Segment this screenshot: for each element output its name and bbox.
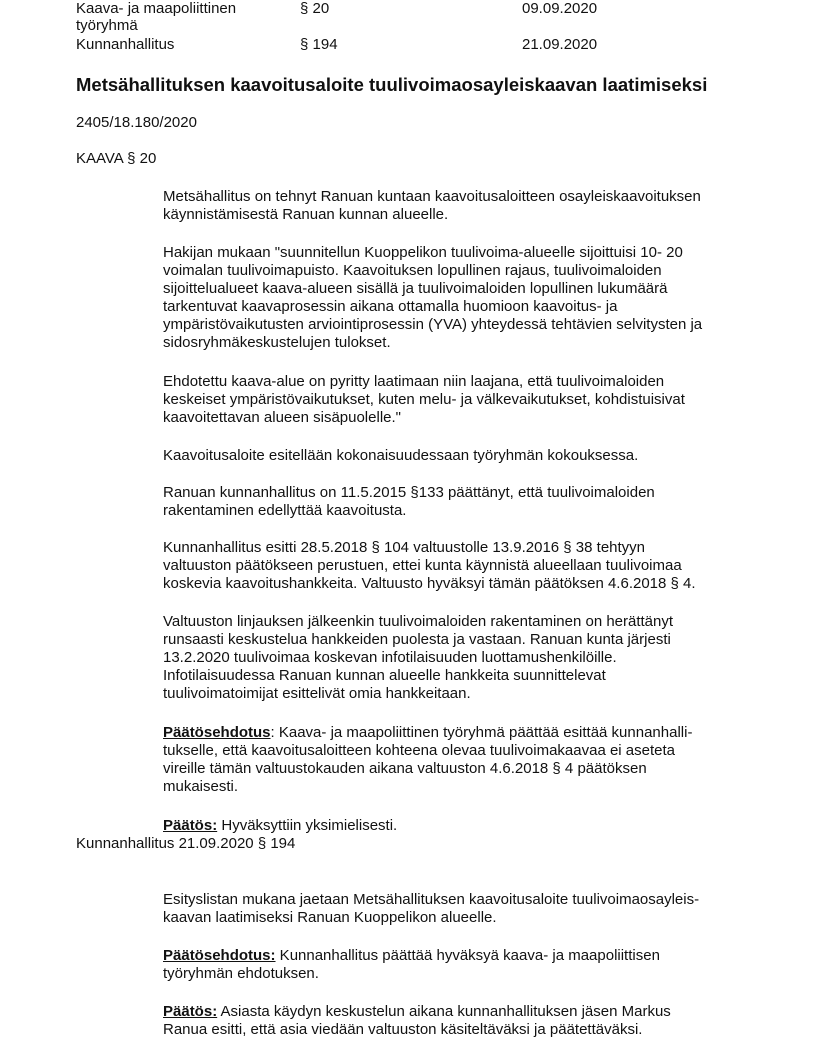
paragraph: Ehdotettu kaava-alue on pyritty laatimaa… xyxy=(163,373,763,427)
decision-proposal: Päätösehdotus: Kaava- ja maapoliittinen … xyxy=(163,724,763,796)
decision-label: Päätös: xyxy=(163,1003,217,1020)
paragraph: Kunnanhallitus esitti 28.5.2018 § 104 va… xyxy=(163,539,763,593)
decision-label: Päätös: xyxy=(163,817,217,834)
section-ref: KAAVA § 20 xyxy=(76,150,156,168)
paragraph: Valtuuston linjauksen jälkeenkin tuulivo… xyxy=(163,613,763,703)
paragraph: Esityslistan mukana jaetaan Metsähallitu… xyxy=(163,891,763,927)
header-row-date: 21.09.2020 xyxy=(522,36,597,54)
header-row-body: Kunnanhallitus xyxy=(76,36,174,54)
header-row-date: 09.09.2020 xyxy=(522,0,597,18)
record-id: 2405/18.180/2020 xyxy=(76,114,197,132)
document-title: Metsähallituksen kaavoitusaloite tuulivo… xyxy=(76,74,707,96)
decision: Päätös: Hyväksyttiin yksimielisesti. xyxy=(163,817,763,835)
decision-proposal: Päätösehdotus: Kunnanhallitus päättää hy… xyxy=(163,947,763,983)
header-row-body-cont: työryhmä xyxy=(76,17,138,35)
paragraph: Kaavoitusaloite esitellään kokonaisuudes… xyxy=(163,447,763,465)
section-ref-2: Kunnanhallitus 21.09.2020 § 194 xyxy=(76,835,295,853)
proposal-label: Päätösehdotus: xyxy=(163,947,276,964)
paragraph: Hakijan mukaan "suunnitellun Kuoppelikon… xyxy=(163,244,763,352)
decision: Päätös: Asiasta käydyn keskustelun aikan… xyxy=(163,1003,763,1039)
paragraph: Ranuan kunnanhallitus on 11.5.2015 §133 … xyxy=(163,484,763,520)
proposal-label: Päätösehdotus xyxy=(163,724,271,741)
header-row-body: Kaava- ja maapoliittinen xyxy=(76,0,236,18)
header-row-section: § 194 xyxy=(300,36,338,54)
header-row-section: § 20 xyxy=(300,0,329,18)
paragraph: Metsähallitus on tehnyt Ranuan kuntaan k… xyxy=(163,188,763,224)
